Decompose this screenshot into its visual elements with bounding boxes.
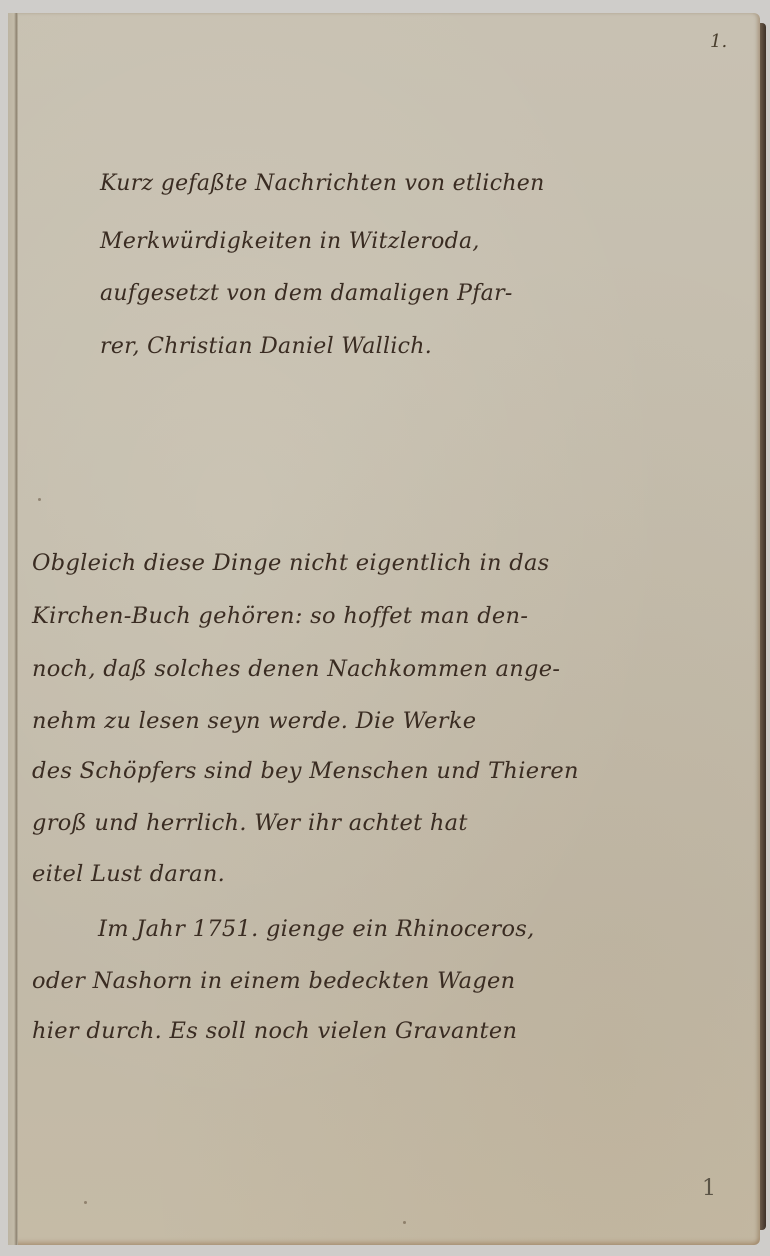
title-line: aufgesetzt von dem damaligen Pfar- bbox=[100, 281, 513, 306]
body-line: Obgleich diese Dinge nicht eigentlich in… bbox=[32, 550, 550, 576]
body-line: Kirchen-Buch gehören: so hoffet man den- bbox=[32, 603, 528, 629]
title-line: Kurz gefaßte Nachrichten von etlichen bbox=[100, 171, 545, 196]
body-line: des Schöpfers sind bey Menschen und Thie… bbox=[32, 758, 579, 784]
folio-number-bottom: 1 bbox=[702, 1176, 716, 1201]
binding-edge bbox=[8, 13, 18, 1245]
body-line: Im Jahr 1751. gienge ein Rhinoceros, bbox=[98, 916, 535, 942]
ink-speck bbox=[84, 1201, 87, 1204]
book-cover-edge bbox=[760, 23, 766, 1230]
body-line: noch, daß solches denen Nachkommen ange- bbox=[32, 656, 560, 682]
manuscript-page: 1. Kurz gefaßte Nachrichten von etlichen… bbox=[8, 13, 760, 1245]
body-line: groß und herrlich. Wer ihr achtet hat bbox=[32, 810, 468, 836]
body-line: eitel Lust daran. bbox=[32, 861, 225, 887]
body-line: nehm zu lesen seyn werde. Die Werke bbox=[32, 708, 476, 734]
title-line: rer, Christian Daniel Wallich. bbox=[100, 334, 432, 359]
title-line: Merkwürdigkeiten in Witzleroda, bbox=[100, 229, 480, 254]
body-line: hier durch. Es soll noch vielen Gravante… bbox=[32, 1018, 517, 1044]
ink-speck bbox=[38, 498, 41, 501]
body-line: oder Nashorn in einem bedeckten Wagen bbox=[32, 968, 515, 994]
scanned-page-image: 1. Kurz gefaßte Nachrichten von etlichen… bbox=[0, 0, 770, 1256]
ink-speck bbox=[403, 1221, 406, 1224]
folio-number-top: 1. bbox=[710, 31, 727, 52]
